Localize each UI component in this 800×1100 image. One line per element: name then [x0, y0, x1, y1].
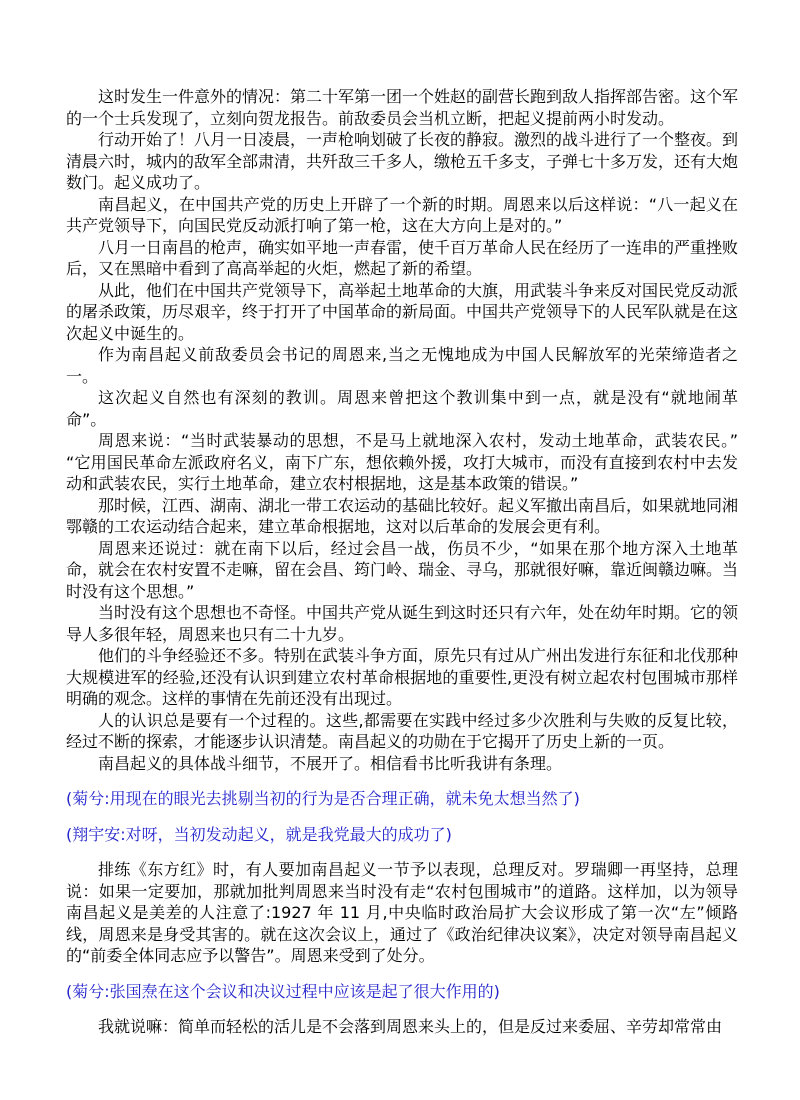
body-paragraph: 我就说嘛：简单而轻松的活儿是不会落到周恩来头上的，但是反过来委屈、辛劳却常常由 [66, 1016, 738, 1038]
document-content: 这时发生一件意外的情况：第二十军第一团一个姓赵的副营长跑到敌人指挥部告密。这个军… [66, 86, 738, 1038]
reader-comment: (菊兮:张国焘在这个会议和决议过程中应该是起了很大作用的) [66, 981, 738, 1003]
body-paragraph: 南昌起义，在中国共产党的历史上开辟了一个新的时期。周恩来以后这样说：“八一起义在… [66, 194, 738, 237]
body-paragraph: 周恩来说：“当时武装暴动的思想，不是马上就地深入农村，发动土地革命，武装农民。”… [66, 430, 738, 495]
body-paragraph: 作为南昌起义前敌委员会书记的周恩来,当之无愧地成为中国人民解放军的光荣缔造者之一… [66, 344, 738, 387]
body-paragraph: 从此，他们在中国共产党领导下，高举起土地革命的大旗，用武装斗争来反对国民党反动派… [66, 280, 738, 345]
reader-comment: (翔宇安:对呀，当初发动起义，就是我党最大的成功了) [66, 824, 738, 846]
body-paragraph: 当时没有这个思想也不奇怪。中国共产党从诞生到这时还只有六年，处在幼年时期。它的领… [66, 602, 738, 645]
body-paragraph: 行动开始了！八月一日凌晨，一声枪响划破了长夜的静寂。激烈的战斗进行了一个整夜。到… [66, 129, 738, 194]
body-paragraph: 周恩来还说过：就在南下以后，经过会昌一战，伤员不少，“如果在那个地方深入土地革命… [66, 538, 738, 603]
body-paragraph: 那时候，江西、湖南、湖北一带工农运动的基础比较好。起义军撤出南昌后，如果就地同湘… [66, 495, 738, 538]
body-paragraph: 这次起义自然也有深刻的教训。周恩来曾把这个教训集中到一点，就是没有“就地闹革命”… [66, 387, 738, 430]
body-paragraph: 南昌起义的具体战斗细节，不展开了。相信看书比听我讲有条理。 [66, 753, 738, 775]
body-paragraph: 他们的斗争经验还不多。特别在武装斗争方面，原先只有过从广州出发进行东征和北伐那种… [66, 645, 738, 710]
body-paragraph: 排练《东方红》时，有人要加南昌起义一节予以表现，总理反对。罗瑞卿一再坚持，总理说… [66, 859, 738, 967]
document-page: 这时发生一件意外的情况：第二十军第一团一个姓赵的副营长跑到敌人指挥部告密。这个军… [0, 0, 800, 1100]
body-paragraph: 八月一日南昌的枪声，确实如平地一声春雷，使千百万革命人民在经历了一连串的严重挫败… [66, 237, 738, 280]
body-paragraph: 人的认识总是要有一个过程的。这些,都需要在实践中经过多少次胜利与失败的反复比较，… [66, 710, 738, 753]
body-paragraph: 这时发生一件意外的情况：第二十军第一团一个姓赵的副营长跑到敌人指挥部告密。这个军… [66, 86, 738, 129]
reader-comment: (菊兮:用现在的眼光去挑剔当初的行为是否合理正确，就未免太想当然了) [66, 788, 738, 810]
